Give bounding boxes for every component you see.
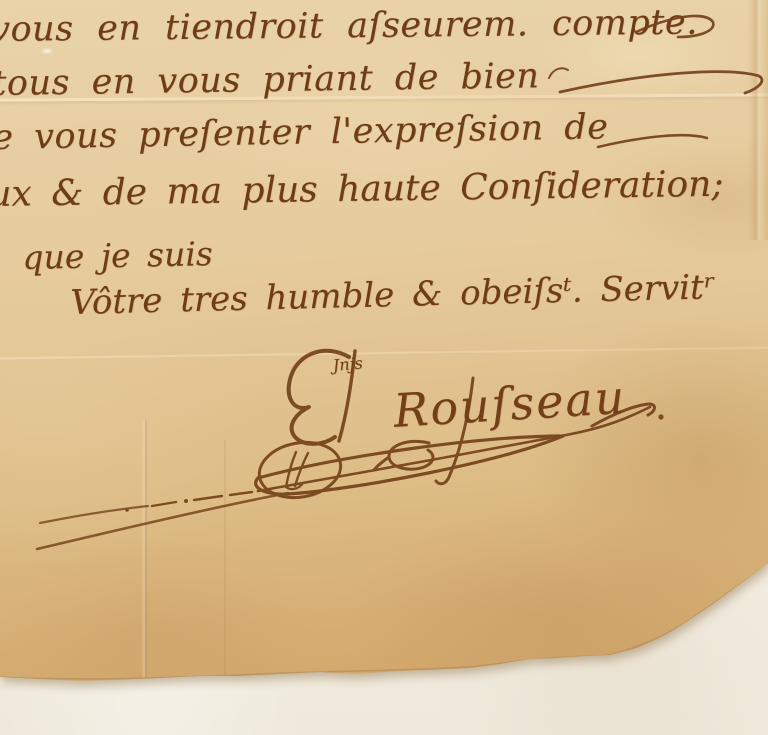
paraph-leaf-lower — [256, 436, 563, 494]
vertical-fold-crease — [145, 420, 147, 680]
signature-initials: Jnjs — [332, 353, 363, 375]
paraph-dot — [184, 499, 188, 503]
signature-end-dot — [658, 414, 663, 419]
signature-name: Rouſseau — [392, 370, 628, 438]
vertical-fold-crease — [224, 440, 226, 680]
paraph-tail-lower — [37, 493, 288, 549]
paraph-small-loop — [374, 441, 433, 470]
flourish-de-swash — [598, 135, 707, 147]
manuscript-line: vous en tiendroit aſseurem. compte. — [0, 3, 698, 50]
paraph-squiggle — [286, 452, 308, 489]
manuscript-line: ux & de ma plus haute Conſideration; — [0, 164, 724, 215]
flourish-bien-swash — [560, 72, 762, 93]
manuscript-line: tous en vous priant de bien — [0, 56, 540, 104]
parchment-sheet: vous en tiendroit aſseurem. compte. tous… — [0, 0, 768, 735]
horizontal-fold-crease — [0, 347, 768, 360]
paraph-dash — [152, 492, 252, 506]
torn-edge-line — [0, 564, 768, 679]
paraph-tail-upper — [40, 506, 148, 523]
torn-right-edge — [748, 0, 768, 240]
manuscript-line: Vôtre tres humble & obeiſsᵗ. Servitʳ — [70, 267, 716, 323]
paraph-circle — [255, 436, 345, 503]
manuscript-line: e vous preſenter l'expreſsion de — [0, 107, 609, 158]
manuscript-line: que je suis — [22, 234, 213, 277]
flourish-bien-sup — [549, 68, 568, 78]
paraph-dot — [125, 508, 129, 512]
paraph-leaf-upper — [258, 436, 563, 478]
photograph-of-manuscript: vous en tiendroit aſseurem. compte. tous… — [0, 0, 768, 735]
parchment-wrapper: vous en tiendroit aſseurem. compte. tous… — [0, 0, 768, 735]
